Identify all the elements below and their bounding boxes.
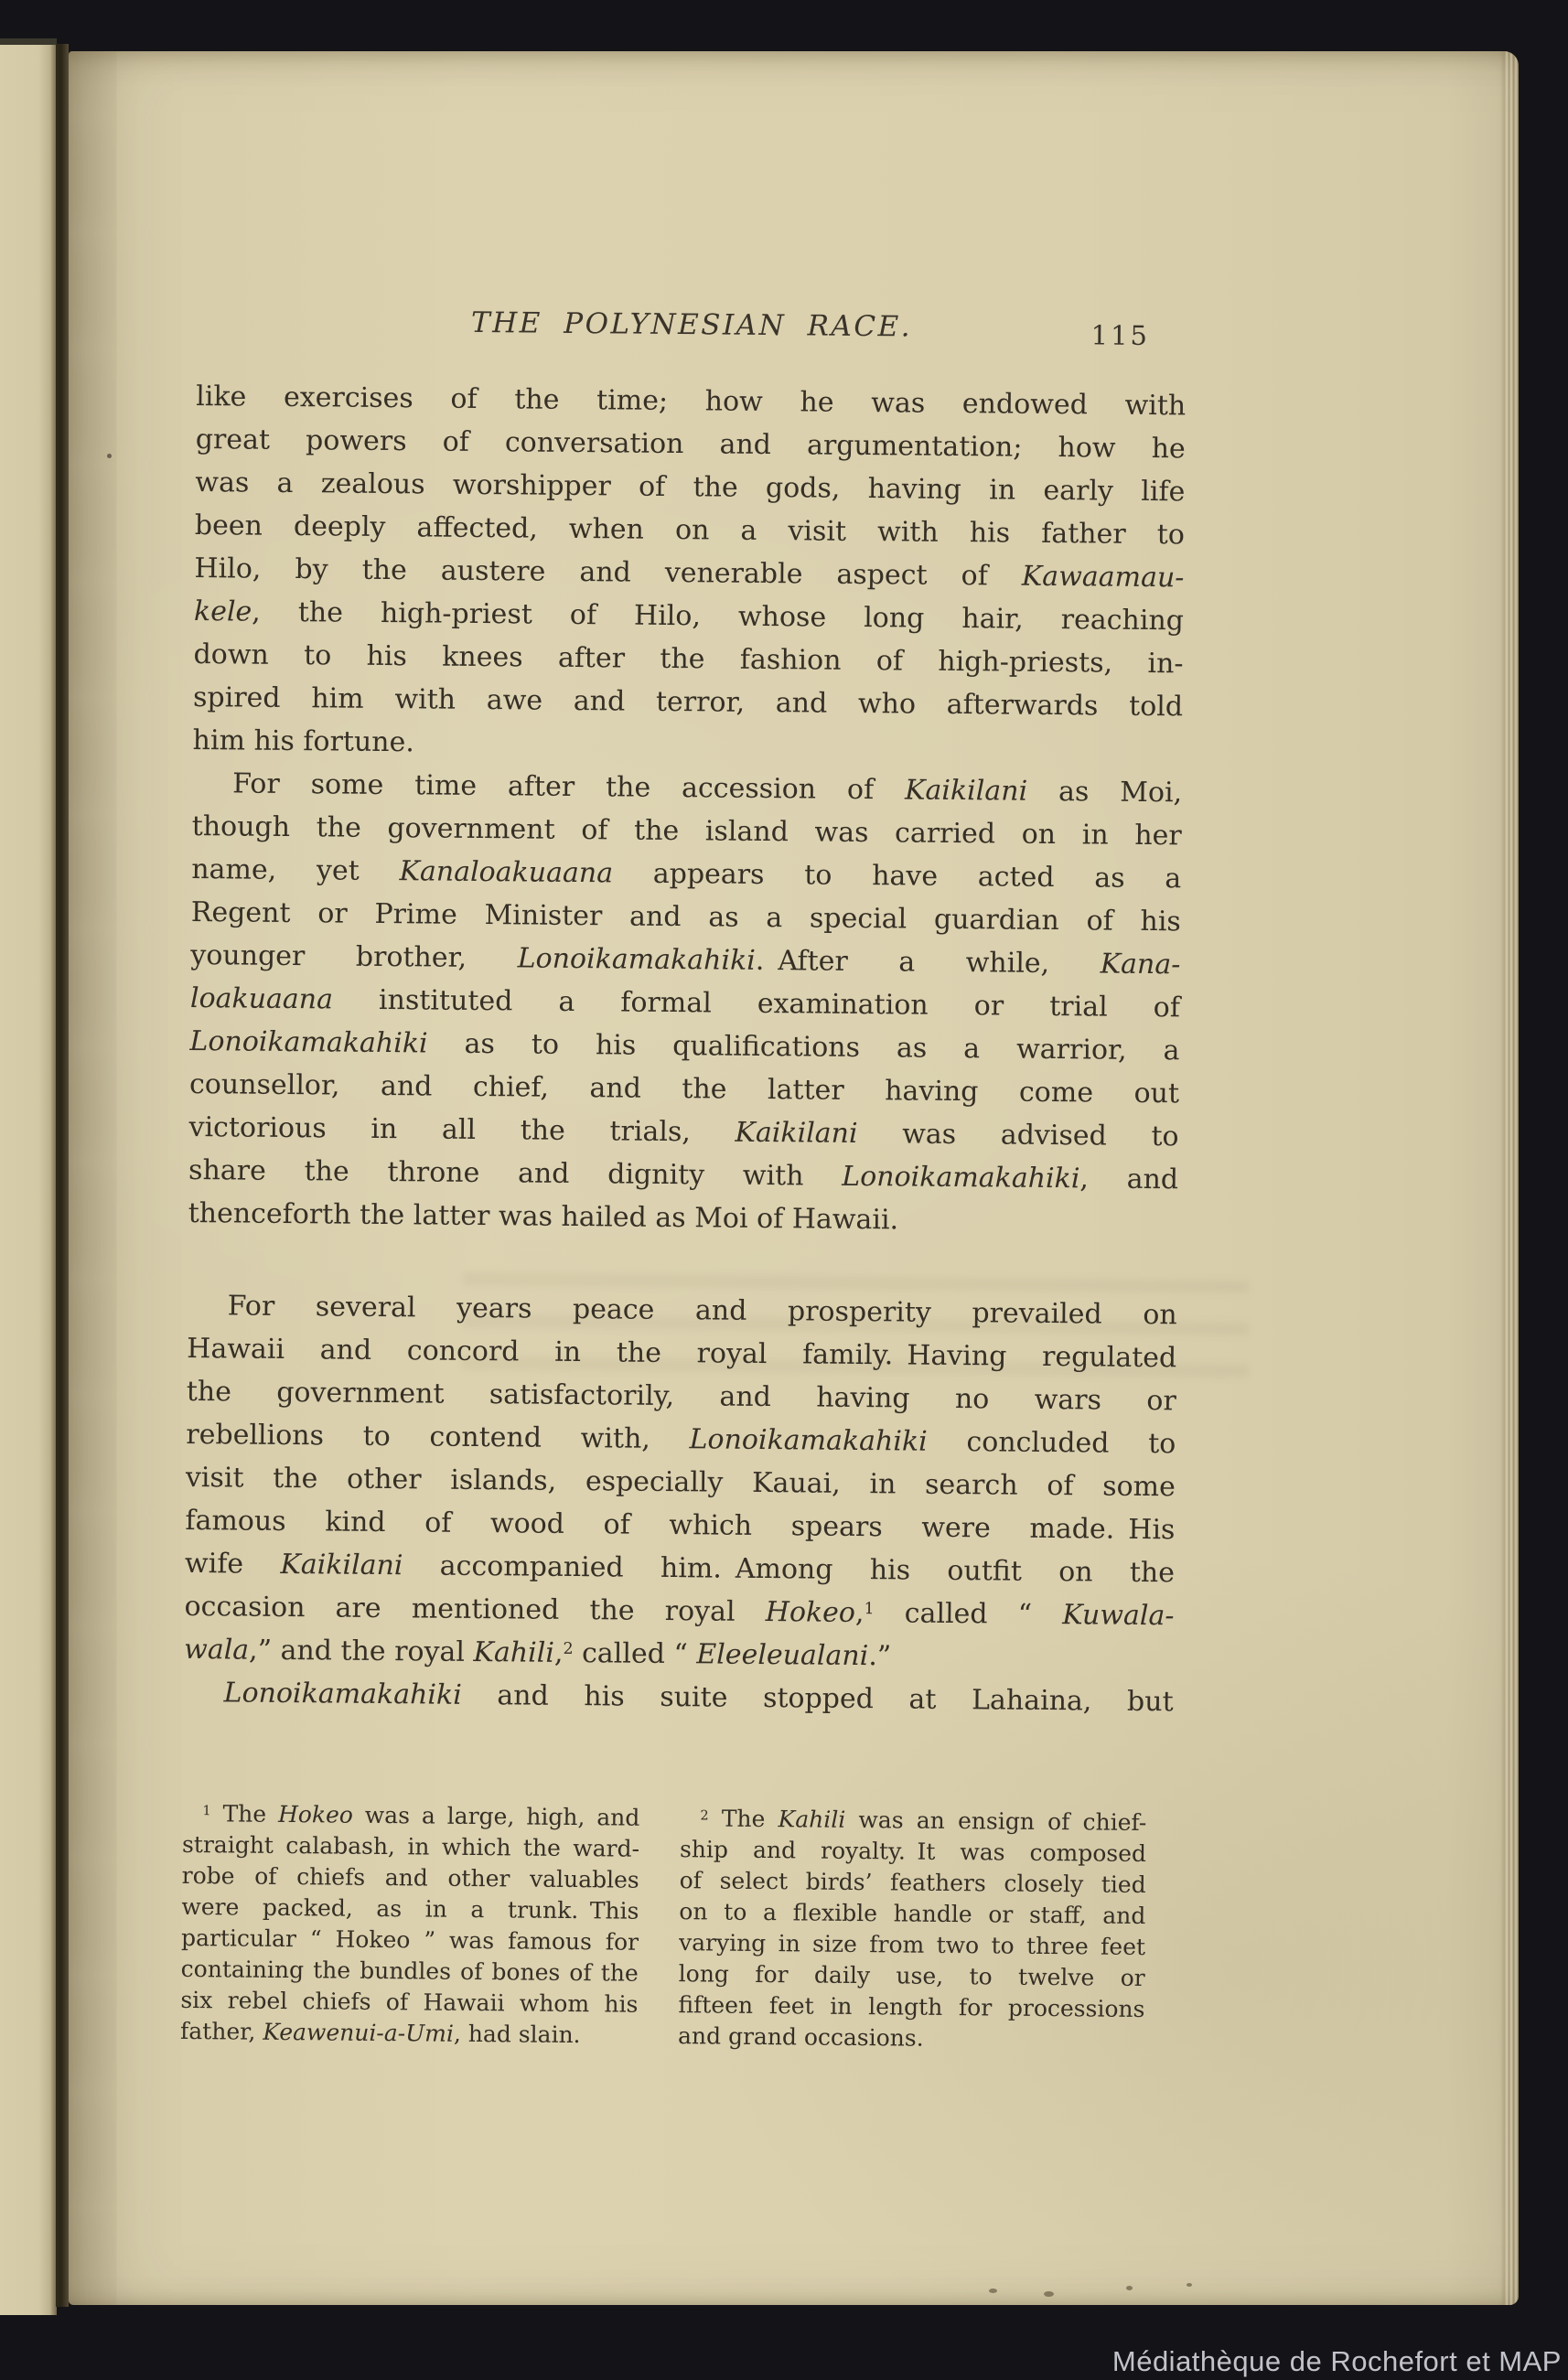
paper-speck <box>1187 2283 1192 2287</box>
text-line: 2 The Kahili was an ensign of chief- <box>680 1803 1146 1839</box>
text-line: robe of chiefs and other valuables <box>182 1860 639 1896</box>
text-line: containing the bundles of bones of the <box>181 1954 639 1989</box>
paragraph: For several years peace and prosperity p… <box>184 1284 1177 1680</box>
text-line: on to a flexible handle or staff, and <box>679 1896 1145 1932</box>
book-gutter-shadow <box>56 44 69 2307</box>
body-text: like exercises of the time; how he was e… <box>183 375 1186 1723</box>
text-line: fifteen feet in length for processions <box>678 1989 1144 2025</box>
under-page-edge <box>0 38 57 2315</box>
paragraph: For some time after the accession of Kai… <box>188 762 1182 1244</box>
text-line: long for daily use, to twelve or <box>679 1958 1145 1994</box>
watermark-text: Médiathèque de Rochefort et MAP <box>1112 2345 1562 2378</box>
running-title: THE POLYNESIAN RACE. <box>197 300 1187 349</box>
paper-speck <box>107 454 112 458</box>
scan-background: THE POLYNESIAN RACE. 115 like exercises … <box>0 0 1568 2380</box>
text-line: 1 The Hokeo was a large, high, and <box>182 1798 639 1834</box>
text-line: particular “ Hokeo ” was famous for <box>181 1923 639 1958</box>
footnote-column-2: 2 The Kahili was an ensign of chief-ship… <box>678 1803 1147 2056</box>
paper-speck <box>1126 2286 1133 2290</box>
text-line: and grand occasions. <box>678 2021 1144 2056</box>
text-line: Lonoikamakahiki and his suite stopped at… <box>183 1671 1173 1723</box>
paper-speck <box>989 2289 997 2293</box>
text-line: ship and royalty. It was composed <box>680 1834 1146 1870</box>
book-page: THE POLYNESIAN RACE. 115 like exercises … <box>69 51 1519 2305</box>
paragraph: like exercises of the time; how he was e… <box>192 375 1186 771</box>
paragraph: Lonoikamakahiki and his suite stopped at… <box>183 1671 1173 1723</box>
text-line: father, Keawenui-a-Umi, had slain. <box>180 2016 638 2052</box>
footnote-column-1: 1 The Hokeo was a large, high, andstraig… <box>180 1798 640 2052</box>
page-number: 115 <box>1090 319 1150 351</box>
footnotes: 1 The Hokeo was a large, high, andstraig… <box>180 1798 1147 2056</box>
page-edge-stack <box>1489 51 1519 2305</box>
text-line: were packed, as in a trunk. This <box>181 1892 639 1927</box>
text-line: six rebel chiefs of Hawaii whom his <box>180 1985 638 2021</box>
text-line: straight calabash, in which the ward- <box>182 1829 639 1865</box>
text-line: of select birds’ feathers closely tied <box>680 1865 1146 1901</box>
page-header: THE POLYNESIAN RACE. 115 <box>197 300 1187 351</box>
page-content: THE POLYNESIAN RACE. 115 like exercises … <box>180 51 1189 2056</box>
text-line: varying in size from two to three feet <box>679 1927 1145 1963</box>
paper-speck <box>1044 2291 1054 2297</box>
